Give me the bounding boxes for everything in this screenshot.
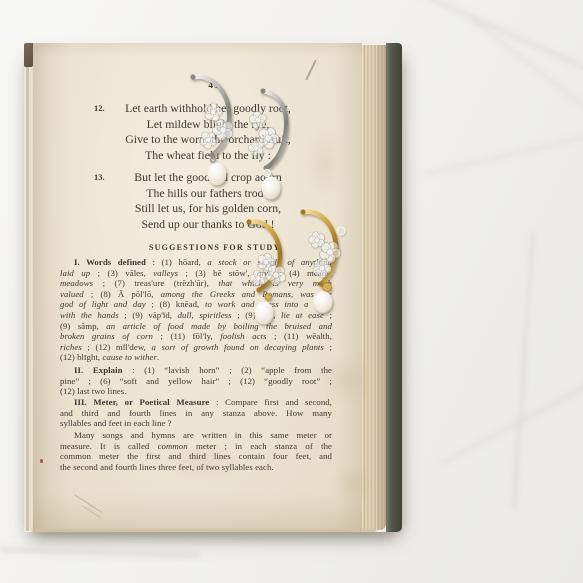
pearl-drop [262,169,281,199]
verse-number: 13. [94,172,105,182]
glass-flower-beads [307,227,345,281]
study-line: III. Meter, or Poetical Measure : Compar… [60,397,332,408]
red-speck [40,459,43,463]
book-back-cover [386,43,402,532]
silver-ear-cuff-right [250,82,312,214]
silver-ear-cuff-left [186,68,242,200]
gold-ear-cuff-right [296,204,360,330]
study-line: II. Explain : (1) “lavish horn” ; (2) “a… [60,365,332,376]
pearl-drop [208,158,227,186]
study-line: Many songs and hymns are written in this… [60,430,332,441]
study-line: pine” ; (6) “soft and yellow hair” ; (12… [60,376,332,387]
fabric-crease [438,381,583,469]
verse-number: 12. [94,103,105,113]
pearl-drop [314,283,333,313]
book-spine-edge [24,43,33,67]
study-paragraph-common-meter: Many songs and hymns are written in this… [60,430,332,472]
study-line: measure. It is called common meter ; in … [60,441,332,452]
study-line: syllables and feet in each line ? [60,418,332,429]
study-line: (12) last two lines. [60,386,332,397]
study-line: (12) blīght, cause to wither. [60,352,332,363]
fabric-crease [0,545,200,559]
pearl-drop [255,294,274,325]
study-line: the second and fourth lines three feet, … [60,462,332,473]
fabric-crease [409,0,583,75]
fabric-crease [426,130,583,177]
glass-flower-beads [246,110,282,158]
study-line: and third and fourth lines in any stanza… [60,408,332,419]
photo-scene: 41 12. Let earth withhold her goodly roo… [0,0,583,583]
open-book: 41 12. Let earth withhold her goodly roo… [24,43,402,532]
study-line: common meter the first and third lines c… [60,451,332,462]
fabric-crease [510,230,537,510]
fabric-crease [468,15,583,114]
book-page-edges [362,45,386,530]
study-section-meter: III. Meter, or Poetical Measure : Compar… [60,397,332,429]
study-section-explain: II. Explain : (1) “lavish horn” ; (2) “a… [60,365,332,397]
